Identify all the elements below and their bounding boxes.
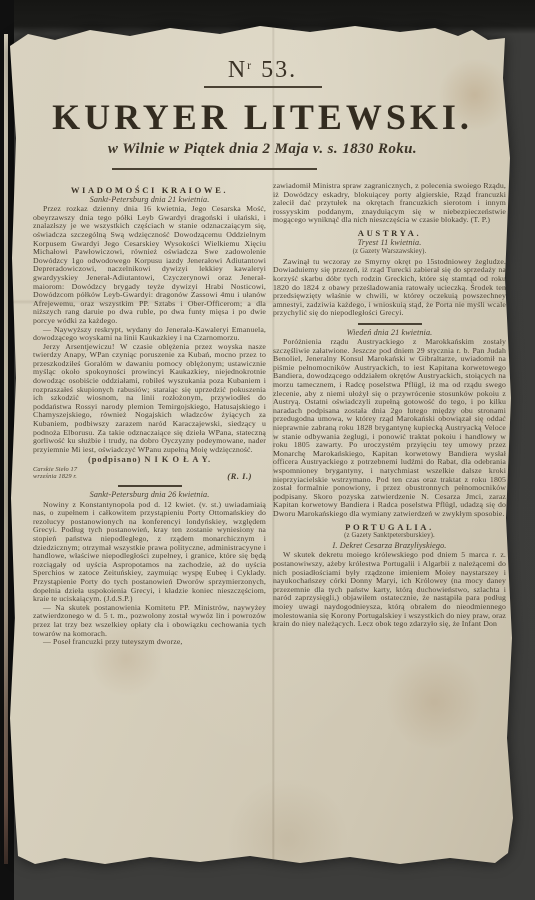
issue-number: Nr 53.	[228, 52, 297, 83]
block-para: Nowiny z Konstantynopola pod d. 12 kwiet…	[33, 501, 266, 604]
scanned-newspaper-viewer: { "scan": { "background_color": "#3d3d3b…	[0, 0, 535, 900]
signature-initials: (R. I.)	[227, 472, 266, 481]
block-para: — Na skutek postanowienia Komitetu PP. M…	[33, 604, 266, 638]
block-para-flush: zawiadomił Ministra spraw zagranicznych,…	[273, 182, 506, 225]
signature-place-date: Carskie Sieło 17 września 1829 r.	[33, 466, 77, 480]
issue-underline	[204, 86, 322, 88]
adjacent-page-edge	[4, 34, 8, 864]
block-para: Jerzy Arsentjewiczu! W czasie oblężenia …	[33, 343, 266, 455]
block-para: Zawinął tu wczoray ze Smyrny okręt po 15…	[273, 258, 506, 318]
block-dateline: Sankt-Petersburg dnia 26 kwietnia.	[33, 491, 266, 500]
issue-value: 53.	[253, 57, 297, 83]
block-source: (z Gazety Warszawskiey).	[273, 248, 506, 257]
newspaper-page: Nr 53. KURYER LITEWSKI. w Wilnie w Piąte…	[10, 18, 515, 873]
article-columns: WIADOMOŚCI KRAIOWE.Sankt-Petersburg dnia…	[10, 170, 515, 647]
block-note-pair: Carskie Sieło 17 września 1829 r.(R. I.)	[33, 466, 266, 480]
issue-prefix: N	[228, 57, 247, 83]
block-source: (z Gazety Sanktpetersburskiey).	[273, 532, 506, 541]
block-para: Przez rozkaz dzienny dnia 16 kwietnia, J…	[33, 205, 266, 325]
block-para: — Naywyższy reskrypt, wydany do Jenerała…	[33, 326, 266, 343]
section-portugalia: PORTUGALIA.	[273, 523, 506, 532]
block-dateline: Wiedeń dnia 21 kwietnia.	[273, 329, 506, 338]
masthead-rule	[112, 168, 317, 170]
block-dateline: I. Dekret Cesarza Brazyliyskiego.	[273, 542, 506, 551]
signature-nikolay: (podpisano) N I K O Ł A Y.	[33, 456, 266, 465]
masthead: Nr 53. KURYER LITEWSKI. w Wilnie w Piąte…	[10, 18, 515, 170]
publication-dateline: w Wilnie w Piątek dnia 2 Maja v. s. 1830…	[10, 141, 515, 158]
newspaper-title: KURYER LITEWSKI.	[10, 97, 515, 137]
block-para: Poróżnienia rządu Austryackiego z Marokk…	[273, 338, 506, 518]
block-rule	[118, 485, 182, 487]
block-para: W skutek dekretu moiego królewskiego pod…	[273, 551, 506, 628]
block-dateline: Tryest 11 kwietnia.	[273, 239, 506, 248]
left-column: WIADOMOŚCI KRAIOWE.Sankt-Petersburg dnia…	[33, 182, 266, 647]
block-rule	[358, 323, 422, 325]
block-para: — Poseł francuzki przy tuteyszym dworze,	[33, 638, 266, 647]
section-austrya: AUSTRYA.	[273, 229, 506, 238]
block-dateline: Sankt-Petersburg dnia 21 kwietnia.	[33, 196, 266, 205]
right-column: zawiadomił Ministra spraw zagranicznych,…	[273, 182, 506, 647]
section-wiadomosci-kraiowe: WIADOMOŚCI KRAIOWE.	[33, 186, 266, 195]
newspaper-page-scan: Nr 53. KURYER LITEWSKI. w Wilnie w Piąte…	[10, 18, 515, 873]
